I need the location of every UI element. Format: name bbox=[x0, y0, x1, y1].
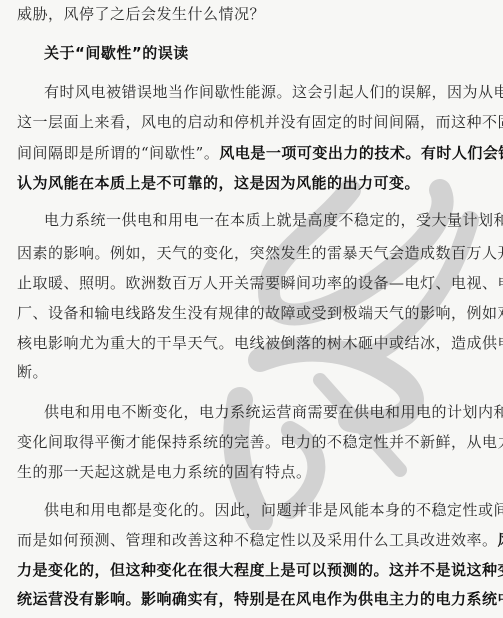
paragraph-2-line-5: 核电影响尤为重大的干旱天气。电线被倒落的树木砸中或结冰，造成供电突然中 bbox=[17, 333, 488, 353]
paragraph-3-line-1: 供电和用电不断变化，电力系统运营商需要在供电和用电的计划内和计划外 bbox=[44, 402, 488, 422]
paragraph-4-line-2: 而是如何预测、管理和改善这种不稳定性以及采用什么工具改进效率。风电的出 bbox=[17, 530, 488, 550]
paragraph-4-line-2-normal: 而是如何预测、管理和改善这种不稳定性以及采用什么工具改进效率。 bbox=[17, 531, 498, 549]
paragraph-3-line-3: 生的那一天起这就是电力系统的固有特点。 bbox=[17, 462, 488, 482]
paragraph-1-line-3: 间间隔即是所谓的“间歇性”。风电是一项可变出力的技术。有时人们会错误地 bbox=[17, 143, 488, 163]
paragraph-1-line-3-normal: 间间隔即是所谓的“间歇性”。 bbox=[17, 144, 219, 162]
paragraph-1-line-3-bold: 风电是一项可变出力的技术。有时人们会错误地 bbox=[219, 144, 503, 162]
paragraph-2-line-6: 断。 bbox=[17, 362, 488, 382]
paragraph-3-line-2: 变化间取得平衡才能保持系统的完善。电力的不稳定性并不新鲜，从电力系统诞 bbox=[17, 432, 488, 452]
paragraph-2-line-4: 厂、设备和输电线路发生没有规律的故障或受到极端天气的影响，例如对水电和 bbox=[17, 303, 488, 323]
paragraph-2-line-2: 因素的影响。例如，天气的变化，突然发生的雷暴天气会造成数百万人开始或停 bbox=[17, 243, 488, 263]
paragraph-4-line-4: 统运营没有影响。影响确实有，特别是在风电作为供电主力的电力系统中。 bbox=[17, 589, 488, 609]
intro-line: 威胁，风停了之后会发生什么情况？ bbox=[17, 4, 488, 24]
paragraph-4-line-3: 力是变化的，但这种变化在很大程度上是可以预测的。这并不是说这种变化对系 bbox=[17, 560, 488, 580]
paragraph-2-line-1: 电力系统一供电和用电一在本质上就是高度不稳定的，受大量计划和非计划 bbox=[44, 210, 488, 230]
paragraph-2-line-3: 止取暖、照明。欧洲数百万人开关需要瞬间功率的设备—电灯、电视、电脑。电 bbox=[17, 273, 488, 293]
section-heading: 关于“间歇性”的误读 bbox=[44, 43, 488, 63]
paragraph-1-line-1: 有时风电被错误地当作间歇性能源。这会引起人们的误解，因为从电力系统 bbox=[44, 82, 488, 102]
paragraph-4-line-1: 供电和用电都是变化的。因此，问题并非是风能本身的不稳定性或间歇性， bbox=[44, 500, 488, 520]
paragraph-1-line-2: 这一层面上来看，风电的启动和停机并没有固定的时间间隔，而这种不固定的时 bbox=[17, 112, 488, 132]
paragraph-1-line-4: 认为风能在本质上是不可靠的，这是因为风能的出力可变。 bbox=[17, 173, 488, 193]
paragraph-4-line-2-bold: 风电的出 bbox=[498, 531, 503, 549]
